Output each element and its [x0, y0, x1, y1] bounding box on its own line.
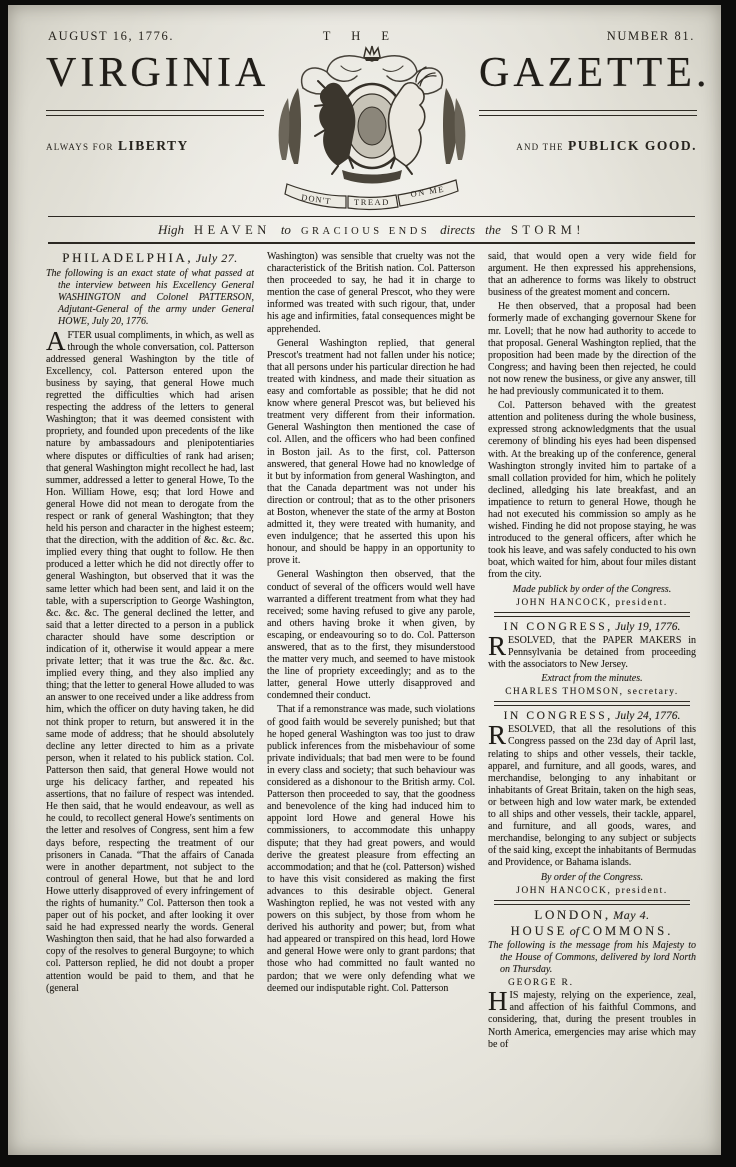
congress-date: July 24, 1776. — [615, 710, 680, 722]
editorial-note: The following is the message from his Ma… — [488, 940, 696, 976]
column-2: Washington) was sensible that cruelty wa… — [267, 251, 475, 1129]
tagline-segment: directs — [440, 222, 475, 237]
drop-cap: R — [488, 635, 508, 657]
heading-word-italic: of — [570, 924, 579, 938]
section-heading: HOUSE of COMMONS. — [488, 925, 696, 939]
crest-ribbon: DON'T TREAD ON ME — [285, 180, 458, 209]
masthead-right: GAZETTE. AND THE PUBLICK GOOD. — [479, 52, 697, 154]
paragraph: General Washington then observed, that t… — [267, 569, 475, 702]
subheading: GEORGE R. — [488, 977, 696, 989]
section-rule — [494, 612, 690, 617]
masthead: VIRGINIA ALWAYS FOR LIBERTY GAZETTE. AND… — [46, 46, 697, 216]
motto-right: AND THE PUBLICK GOOD. — [479, 138, 697, 154]
ribbon-text-tread: TREAD — [354, 197, 390, 207]
congress-caps: IN CONGRESS, — [504, 710, 613, 722]
tagline-segment: High — [158, 222, 184, 237]
tagline-rule-bottom — [48, 242, 695, 244]
heading-word: COMMONS. — [582, 924, 674, 938]
congress-heading: IN CONGRESS, July 24, 1776. — [488, 710, 696, 723]
crest-ground — [342, 170, 402, 184]
double-rule — [46, 110, 264, 116]
signature-line: JOHN HANCOCK, president. — [488, 885, 696, 897]
tagline-segment: to — [281, 222, 291, 237]
motto-right-large: PUBLICK GOOD. — [568, 138, 697, 153]
paragraph: RESOLVED, that all the resolutions of th… — [488, 724, 696, 869]
tagline-line: HighHEAVENtoGRACIOUS ENDSdirectstheSTORM… — [46, 217, 697, 242]
paragraph: Col. Patterson behaved with the greatest… — [488, 400, 696, 581]
motto-left-small: ALWAYS FOR — [46, 142, 114, 152]
newspaper-scan: AUGUST 16, 1776. T H E NUMBER 81. VIRGIN… — [0, 0, 736, 1167]
paragraph: HIS majesty, relying on the experience, … — [488, 990, 696, 1050]
motto-left-large: LIBERTY — [118, 138, 189, 153]
tagline-segment: the — [485, 222, 501, 237]
crest-stag-supporter — [388, 67, 435, 174]
drop-cap: A — [46, 330, 68, 352]
column-3: said, that would open a very wide field … — [488, 251, 696, 1129]
editorial-note: The following is an exact state of what … — [46, 268, 254, 328]
heading-word: HOUSE — [511, 924, 568, 938]
issue-line: AUGUST 16, 1776. T H E NUMBER 81. — [46, 21, 697, 44]
signature-line: CHARLES THOMSON, secretary. — [488, 686, 696, 698]
tagline-segment: GRACIOUS ENDS — [301, 226, 430, 237]
paragraph-text: ESOLVED, that all the resolutions of thi… — [488, 724, 696, 868]
dateline-place: LONDON, — [534, 907, 610, 922]
tagline-segment: HEAVEN — [194, 223, 271, 237]
issue-number: NUMBER 81. — [607, 29, 695, 44]
congress-date: July 19, 1776. — [615, 621, 680, 633]
paragraph-text: FTER usual compliments, in which, as wel… — [46, 330, 254, 994]
article-columns: PHILADELPHIA, July 27.The following is a… — [46, 251, 697, 1129]
dateline: PHILADELPHIA, July 27. — [46, 252, 254, 266]
signature-line: JOHN HANCOCK, president. — [488, 597, 696, 609]
paragraph: RESOLVED, that the PAPER MAKERS in Penns… — [488, 635, 696, 671]
paragraph: That if a remonstrance was made, such vi… — [267, 704, 475, 994]
newspaper-page: AUGUST 16, 1776. T H E NUMBER 81. VIRGIN… — [8, 5, 721, 1155]
paragraph-text: IS majesty, relying on the experience, z… — [488, 990, 696, 1049]
section-rule — [494, 701, 690, 706]
paragraph-text: ESOLVED, that the PAPER MAKERS in Pennsy… — [488, 635, 696, 670]
masthead-title-virginia: VIRGINIA — [46, 52, 264, 94]
congress-heading: IN CONGRESS, July 19, 1776. — [488, 621, 696, 634]
motto-left: ALWAYS FOR LIBERTY — [46, 138, 264, 154]
italic-note: Extract from the minutes. — [488, 673, 696, 685]
dateline-date: July 27. — [196, 251, 238, 265]
congress-caps: IN CONGRESS, — [504, 621, 613, 633]
double-rule — [479, 110, 697, 116]
paragraph: He then observed, that a proposal had be… — [488, 301, 696, 398]
coat-of-arms: DON'T TREAD ON ME — [241, 42, 503, 218]
paragraph-continuation: said, that would open a very wide field … — [488, 251, 696, 299]
masthead-left: VIRGINIA ALWAYS FOR LIBERTY — [46, 52, 264, 154]
italic-note: By order of the Congress. — [488, 872, 696, 884]
column-1: PHILADELPHIA, July 27.The following is a… — [46, 251, 254, 1129]
drop-cap: R — [488, 724, 508, 746]
tagline-segment: STORM! — [511, 223, 585, 237]
dateline-date: May 4. — [613, 908, 649, 922]
issue-date: AUGUST 16, 1776. — [48, 29, 174, 44]
dateline-place: PHILADELPHIA, — [62, 251, 193, 265]
paragraph-continuation: Washington) was sensible that cruelty wa… — [267, 251, 475, 336]
italic-note: Made publick by order of the Congress. — [488, 584, 696, 596]
drop-cap: H — [488, 990, 510, 1012]
masthead-title-gazette: GAZETTE. — [479, 52, 697, 94]
paragraph: AFTER usual compliments, in which, as we… — [46, 330, 254, 995]
paragraph: General Washington replied, that general… — [267, 338, 475, 568]
section-rule — [494, 900, 690, 905]
motto-right-small: AND THE — [516, 142, 563, 152]
dateline: LONDON, May 4. — [488, 909, 696, 923]
